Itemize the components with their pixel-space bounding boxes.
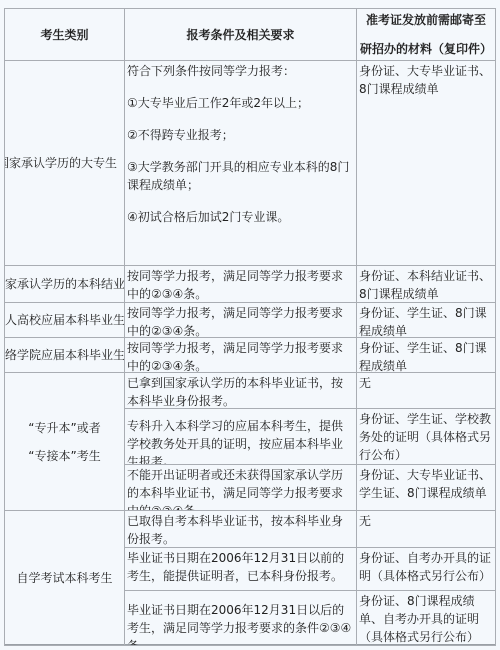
subrow-requirements-cell: 毕业证书日期在2006年12月31日以前的考生，能提供证明者，已本科身份报考。: [124, 547, 357, 591]
subrow-requirements-text: 不能开出证明者或还未获得国家承认学历的本科毕业证书，满足同等学力报考要求中的②③…: [127, 468, 343, 511]
row-requirements-cell: 按同等学力报考，满足同等学力报考要求中的②③④条。: [124, 337, 357, 373]
subrow-requirements-text: 毕业证书日期在2006年12月31日以后的考生，满足同等学力报考要求的条件②③④…: [127, 603, 351, 646]
row-category-label: 成人高校应届本科毕业生: [4, 311, 125, 329]
row-requirements-cell: 按同等学力报考，满足同等学力报考要求中的②③④条。: [124, 302, 357, 338]
subrow-requirements-text: 已取得自考本科毕业证书，按本科毕业身份报考。: [127, 514, 343, 546]
subrow-materials-text: 身份证、8门课程成绩单、自考办开具的证明（具体格式另行公布）: [359, 594, 479, 644]
subrow-requirements-cell: 毕业证书日期在2006年12月31日以后的考生，满足同等学力报考要求的条件②③④…: [124, 590, 357, 646]
row-materials-cell: 身份证、本科结业证书、8门课程成绩单: [356, 265, 496, 303]
header-materials-line2: 研招办的材料（复印件）: [360, 40, 492, 58]
subrow-requirements-cell: 已取得自考本科毕业证书，按本科毕业身份报考。: [124, 510, 357, 548]
row-category-label: 国家承认学历的本科结业生: [4, 275, 125, 293]
row-requirements-cell: 按同等学力报考，满足同等学力报考要求中的②③④条。: [124, 265, 357, 303]
row-category-cell: 成人高校应届本科毕业生: [4, 302, 125, 338]
subrow-materials-cell: 身份证、大专毕业证书、学生证、8门课程成绩单: [356, 464, 496, 511]
subrow-materials-cell: 无: [356, 372, 496, 409]
row-requirements-text: 按同等学力报考，满足同等学力报考要求中的②③④条。: [127, 341, 343, 373]
requirement-intro: 符合下列条件按同等学力报考：: [127, 62, 354, 80]
row-category-line2: “专接本”考生: [28, 447, 100, 465]
row-requirements-text: 按同等学力报考，满足同等学力报考要求中的②③④条。: [127, 269, 343, 301]
subrow-materials-text: 无: [359, 514, 371, 528]
subrow-requirements-text: 毕业证书日期在2006年12月31日以前的考生，能提供证明者，已本科身份报考。: [127, 551, 344, 583]
row-materials-text: 身份证、学生证、8门课程成绩单: [359, 306, 487, 338]
subrow-materials-text: 身份证、学生证、学校教务处的证明（具体格式另行公布）: [359, 412, 491, 462]
subrow-requirements-cell: 不能开出证明者或还未获得国家承认学历的本科毕业证书，满足同等学力报考要求中的②③…: [124, 464, 357, 511]
row-category-line1: “专升本”或者: [28, 419, 100, 437]
header-category-label: 考生类别: [40, 26, 88, 44]
row-category-cell: 自学考试本科考生: [4, 510, 125, 646]
subrow-materials-text: 身份证、自考办开具的证明（具体格式另行公布）: [359, 551, 491, 583]
requirement-item-4: ④初试合格后加试2门专业课。: [127, 208, 354, 226]
row-materials-cell: 身份证、学生证、8门课程成绩单: [356, 337, 496, 373]
row-category-cell: 网络学院应届本科毕业生: [4, 337, 125, 373]
header-requirements: 报考条件及相关要求: [124, 8, 357, 61]
row-materials-cell: 身份证、学生证、8门课程成绩单: [356, 302, 496, 338]
header-materials: 准考证发放前需邮寄至 研招办的材料（复印件）: [356, 8, 496, 61]
row-materials-cell: 身份证、大专毕业证书、8门课程成绩单: [356, 60, 496, 266]
subrow-materials-cell: 身份证、学生证、学校教务处的证明（具体格式另行公布）: [356, 408, 496, 465]
subrow-requirements-cell: 已拿到国家承认学历的本科毕业证书，按本科毕业身份报考。: [124, 372, 357, 409]
subrow-requirements-text: 专科升入本科学习的应届本科考生，提供学校教务处开具的证明，按应届本科毕业生报考。: [127, 419, 343, 465]
subrow-materials-cell: 身份证、自考办开具的证明（具体格式另行公布）: [356, 547, 496, 591]
row-category-cell: 国家承认学历的本科结业生: [4, 265, 125, 303]
row-materials-text: 身份证、大专毕业证书、8门课程成绩单: [359, 64, 491, 96]
subrow-requirements-text: 已拿到国家承认学历的本科毕业证书，按本科毕业身份报考。: [127, 376, 343, 408]
row-requirements-text: 按同等学力报考，满足同等学力报考要求中的②③④条。: [127, 306, 343, 338]
header-requirements-label: 报考条件及相关要求: [186, 26, 294, 44]
requirement-item-1: ①大专毕业后工作2年或2年以上；: [127, 94, 354, 112]
row-requirements-cell: 符合下列条件按同等学力报考： ①大专毕业后工作2年或2年以上； ②不得跨专业报考…: [124, 60, 357, 266]
row-category-label: 自学考试本科考生: [16, 569, 112, 587]
row-materials-text: 身份证、学生证、8门课程成绩单: [359, 341, 487, 373]
subrow-requirements-cell: 专科升入本科学习的应届本科考生，提供学校教务处开具的证明，按应届本科毕业生报考。: [124, 408, 357, 465]
header-category: 考生类别: [4, 8, 125, 61]
row-category-cell: 国家承认学历的大专生: [4, 60, 125, 266]
row-category-label: 网络学院应届本科毕业生: [4, 346, 125, 364]
subrow-materials-cell: 无: [356, 510, 496, 548]
subrow-materials-cell: 身份证、8门课程成绩单、自考办开具的证明（具体格式另行公布）: [356, 590, 496, 646]
requirement-item-3: ③大学教务部门开具的相应专业本科的8门课程成绩单；: [127, 158, 354, 194]
subrow-materials-text: 身份证、大专毕业证书、学生证、8门课程成绩单: [359, 468, 491, 500]
row-materials-text: 身份证、本科结业证书、8门课程成绩单: [359, 269, 491, 301]
row-category-label: 国家承认学历的大专生: [4, 154, 117, 172]
header-materials-line1: 准考证发放前需邮寄至: [366, 11, 486, 29]
subrow-materials-text: 无: [359, 376, 371, 390]
requirement-item-2: ②不得跨专业报考；: [127, 126, 354, 144]
row-category-cell: “专升本”或者 “专接本”考生: [4, 372, 125, 511]
